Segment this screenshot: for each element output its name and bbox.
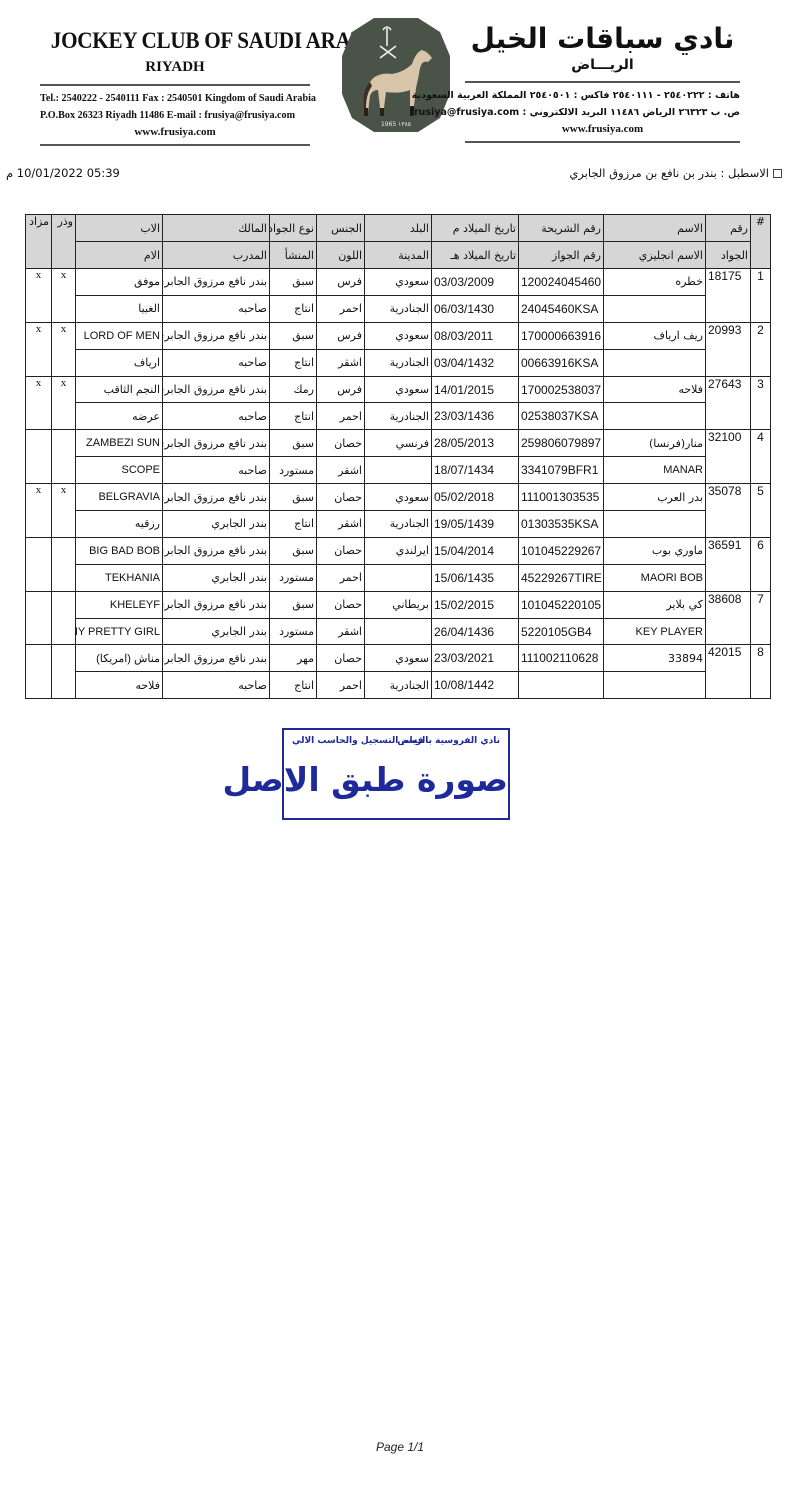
letterhead-english: JOCKEY CLUB OF SAUDI ARABIA RIYADH Tel.:… <box>40 28 310 146</box>
dam: MY PRETTY GIRL <box>76 618 163 645</box>
col-header-chip: رقم الشريحة <box>519 215 604 242</box>
col-header-country: البلد <box>365 215 432 242</box>
wathr-mark: x <box>52 269 76 323</box>
country: سعودي <box>365 376 432 403</box>
auction-mark: x <box>26 484 52 538</box>
horse-name-english <box>604 295 706 322</box>
auction-mark: x <box>26 322 52 376</box>
sire: BIG BAD BOB <box>76 537 163 564</box>
birth-date-gregorian: 15/02/2015 <box>432 591 519 618</box>
col-header-birth-gregorian: تاريخ الميلاد م <box>432 215 519 242</box>
birth-date-gregorian: 05/02/2018 <box>432 484 519 511</box>
wathr-mark <box>52 645 76 699</box>
owner: بندر نافع مرزوق الجابري <box>163 484 270 511</box>
sex: فرس <box>317 269 365 296</box>
col-header-auction: مزاد <box>26 215 52 269</box>
origin: انتاج <box>270 295 317 322</box>
horse-number: 18175 <box>706 269 751 323</box>
sire: BELGRAVIA <box>76 484 163 511</box>
chip-number: 111001303535 <box>519 484 604 511</box>
table-row-sub: 02538037KSA 23/03/1436 الجنادرية احمر ان… <box>26 403 771 430</box>
color: احمر <box>317 403 365 430</box>
city <box>365 564 432 591</box>
birth-date-hijri: 15/06/1435 <box>432 564 519 591</box>
country: ايرلندي <box>365 537 432 564</box>
horse-type: سبق <box>270 591 317 618</box>
passport-number <box>519 672 604 699</box>
chip-number: 170000663916 <box>519 322 604 349</box>
club-name-english: JOCKEY CLUB OF SAUDI ARABIA <box>51 28 299 54</box>
city-english: RIYADH <box>40 59 310 76</box>
horse-number: 35078 <box>706 484 751 538</box>
origin: انتاج <box>270 511 317 538</box>
country: سعودي <box>365 322 432 349</box>
sex: حصان <box>317 430 365 457</box>
trainer: بندر الجابري <box>163 618 270 645</box>
horse-type: مهر <box>270 645 317 672</box>
row-index: 2 <box>751 322 771 376</box>
birth-date-gregorian: 23/03/2021 <box>432 645 519 672</box>
chip-number: 259806079897 <box>519 430 604 457</box>
col-header-horse-no: رقم <box>706 215 751 242</box>
stamp-department: قسم التسجيل والحاسب الالي <box>292 736 424 746</box>
sex: حصان <box>317 484 365 511</box>
checkbox-icon <box>773 169 782 178</box>
birth-date-hijri: 03/04/1432 <box>432 349 519 376</box>
table-row-sub: 00663916KSA 03/04/1432 الجنادرية اشقر ان… <box>26 349 771 376</box>
horse-name: كي بلاير <box>604 591 706 618</box>
horse-number: 27643 <box>706 376 751 430</box>
wathr-mark <box>52 537 76 591</box>
country: فرنسي <box>365 430 432 457</box>
table-row: 1 18175 خطره 120024045460 03/03/2009 سعو… <box>26 269 771 296</box>
table-row: 2 20993 ريف ارياف 170000663916 08/03/201… <box>26 322 771 349</box>
col-header-num: # <box>751 215 771 269</box>
horse-name-english <box>604 349 706 376</box>
horse-number: 32100 <box>706 430 751 484</box>
birth-date-hijri: 06/03/1430 <box>432 295 519 322</box>
col-header-trainer: المدرب <box>163 242 270 269</box>
sex: حصان <box>317 591 365 618</box>
divider <box>40 144 310 146</box>
horse-name-english: MAORI BOB <box>604 564 706 591</box>
horse-name: بدر العرب <box>604 484 706 511</box>
color: اشقر <box>317 349 365 376</box>
col-header-horse-type: نوع الجواد <box>270 215 317 242</box>
horse-number: 20993 <box>706 322 751 376</box>
col-header-birth-hijri: تاريخ الميلاد هـ <box>432 242 519 269</box>
contact-line-2-english: P.O.Box 26323 Riyadh 11486 E-mail : frus… <box>40 107 288 124</box>
col-header-sire: الاب <box>76 215 163 242</box>
table-row-sub: MANAR 3341079BFR1 18/07/1434 اشقر مستورد… <box>26 457 771 484</box>
horse-name: ماوري بوب <box>604 537 706 564</box>
horse-type: سبق <box>270 537 317 564</box>
auction-mark: x <box>26 376 52 430</box>
col-header-wathr: وذر <box>52 215 76 269</box>
dam: فلاحه <box>76 672 163 699</box>
dam: الغبيا <box>76 295 163 322</box>
birth-date-hijri: 18/07/1434 <box>432 457 519 484</box>
passport-number: 5220105GB4 <box>519 618 604 645</box>
col-header-dam: الام <box>76 242 163 269</box>
owner: بندر نافع مرزوق الجابري <box>163 537 270 564</box>
col-header-horse-no-2: الجواد <box>706 242 751 269</box>
horse-type: سبق <box>270 430 317 457</box>
certified-copy-stamp: نادي الفروسية بالرياض قسم التسجيل والحاس… <box>282 728 510 820</box>
origin: مستورد <box>270 457 317 484</box>
chip-number: 111002110628 <box>519 645 604 672</box>
passport-number: 45229267TIRE <box>519 564 604 591</box>
horse-name-english: MANAR <box>604 457 706 484</box>
page-number: Page 1/1 <box>0 1440 800 1454</box>
origin: مستورد <box>270 618 317 645</box>
website-english: www.frusiya.com <box>40 124 310 140</box>
country: سعودي <box>365 269 432 296</box>
passport-number: 01303535KSA <box>519 511 604 538</box>
birth-date-gregorian: 14/01/2015 <box>432 376 519 403</box>
chip-number: 101045229267 <box>519 537 604 564</box>
col-header-color: اللون <box>317 242 365 269</box>
auction-mark: x <box>26 269 52 323</box>
stable-label: الاسطبل : بندر بن نافع بن مرزوق الجابري <box>569 166 782 180</box>
row-index: 8 <box>751 645 771 699</box>
row-index: 5 <box>751 484 771 538</box>
city: الجنادرية <box>365 349 432 376</box>
table-row: 8 42015 33894 111002110628 23/03/2021 سع… <box>26 645 771 672</box>
sire: LORD OF MEN <box>76 322 163 349</box>
origin: انتاج <box>270 403 317 430</box>
trainer: بندر الجابري <box>163 511 270 538</box>
horse-name: خطره <box>604 269 706 296</box>
horse-type: سبق <box>270 269 317 296</box>
horse-number: 42015 <box>706 645 751 699</box>
passport-number: 3341079BFR1 <box>519 457 604 484</box>
horse-type: سبق <box>270 322 317 349</box>
auction-mark <box>26 591 52 645</box>
birth-date-gregorian: 03/03/2009 <box>432 269 519 296</box>
header-row-1: # رقم الاسم رقم الشريحة تاريخ الميلاد م … <box>26 215 771 242</box>
divider <box>465 141 740 143</box>
passport-number: 24045460KSA <box>519 295 604 322</box>
birth-date-hijri: 23/03/1436 <box>432 403 519 430</box>
passport-number: 02538037KSA <box>519 403 604 430</box>
color: احمر <box>317 564 365 591</box>
city-arabic: الريـــاض <box>465 57 740 73</box>
chip-number: 120024045460 <box>519 269 604 296</box>
owner: بندر نافع مرزوق الجابري <box>163 269 270 296</box>
table-row: 4 32100 منار(فرنسا) 259806079897 28/05/2… <box>26 430 771 457</box>
chip-number: 170002538037 <box>519 376 604 403</box>
contact-line-1-arabic: هاتف : ٢٥٤٠٢٢٢ - ٢٥٤٠١١١ فاكس : ٢٥٤٠٥٠١ … <box>465 87 740 104</box>
col-header-name-en: الاسم انجليزي <box>604 242 706 269</box>
wathr-mark: x <box>52 484 76 538</box>
table-row-sub: KEY PLAYER 5220105GB4 26/04/1436 اشقر مس… <box>26 618 771 645</box>
wathr-mark <box>52 430 76 484</box>
owner: بندر نافع مرزوق الجابري <box>163 376 270 403</box>
horse-type: رمك <box>270 376 317 403</box>
city <box>365 618 432 645</box>
horse-name: منار(فرنسا) <box>604 430 706 457</box>
table-row: 7 38608 كي بلاير 101045220105 15/02/2015… <box>26 591 771 618</box>
website-arabic: www.frusiya.com <box>465 121 740 137</box>
stable-owner-text: الاسطبل : بندر بن نافع بن مرزوق الجابري <box>569 166 769 180</box>
color: اشقر <box>317 618 365 645</box>
horse-name: ريف ارياف <box>604 322 706 349</box>
horse-name-english <box>604 672 706 699</box>
table-row: 6 36591 ماوري بوب 101045229267 15/04/201… <box>26 537 771 564</box>
horse-number: 38608 <box>706 591 751 645</box>
contact-line-1-english: Tel.: 2540222 - 2540111 Fax : 2540501 Ki… <box>40 90 288 107</box>
trainer: بندر الجابري <box>163 564 270 591</box>
horse-name: 33894 <box>604 645 706 672</box>
sire: مناش (امريكا) <box>76 645 163 672</box>
table-row: 5 35078 بدر العرب 111001303535 05/02/201… <box>26 484 771 511</box>
row-index: 6 <box>751 537 771 591</box>
table-row-sub: MAORI BOB 45229267TIRE 15/06/1435 احمر م… <box>26 564 771 591</box>
city: الجنادرية <box>365 511 432 538</box>
col-header-city: المدينة <box>365 242 432 269</box>
horse-name-english <box>604 511 706 538</box>
owner: بندر نافع مرزوق الجابري <box>163 645 270 672</box>
sire: KHELEYF <box>76 591 163 618</box>
row-index: 7 <box>751 591 771 645</box>
trainer: صاحبه <box>163 403 270 430</box>
wathr-mark <box>52 591 76 645</box>
club-name-arabic: نادي سباقات الخيل <box>465 22 740 55</box>
color: اشقر <box>317 457 365 484</box>
birth-date-gregorian: 08/03/2011 <box>432 322 519 349</box>
horse-type: سبق <box>270 484 317 511</box>
country: بريطاني <box>365 591 432 618</box>
row-index: 4 <box>751 430 771 484</box>
origin: مستورد <box>270 564 317 591</box>
passport-number: 00663916KSA <box>519 349 604 376</box>
owner: بندر نافع مرزوق الجابري <box>163 591 270 618</box>
city: الجنادرية <box>365 672 432 699</box>
row-index: 3 <box>751 376 771 430</box>
report-datetime: 05:39 10/01/2022 م <box>6 166 120 180</box>
horse-name: فلاحه <box>604 376 706 403</box>
svg-text:1965 ١٣٨٥: 1965 ١٣٨٥ <box>381 121 411 128</box>
auction-mark <box>26 537 52 591</box>
table-row-sub: 01303535KSA 19/05/1439 الجنادرية اشقر ان… <box>26 511 771 538</box>
sire: النجم الثاقب <box>76 376 163 403</box>
stamp-main-text: صورة طبق الاصل <box>284 760 508 799</box>
country: سعودي <box>365 645 432 672</box>
divider <box>465 81 740 83</box>
birth-date-hijri: 10/08/1442 <box>432 672 519 699</box>
table-row-sub: 10/08/1442 الجنادرية احمر انتاج صاحبه فل… <box>26 672 771 699</box>
trainer: صاحبه <box>163 457 270 484</box>
dam: عرضه <box>76 403 163 430</box>
table-row: 3 27643 فلاحه 170002538037 14/01/2015 سع… <box>26 376 771 403</box>
sire: ZAMBEZI SUN <box>76 430 163 457</box>
col-header-sex: الجنس <box>317 215 365 242</box>
origin: انتاج <box>270 672 317 699</box>
dam: ارياف <box>76 349 163 376</box>
trainer: صاحبه <box>163 349 270 376</box>
owner: بندر نافع مرزوق الجابري <box>163 430 270 457</box>
birth-date-hijri: 26/04/1436 <box>432 618 519 645</box>
horses-table: # رقم الاسم رقم الشريحة تاريخ الميلاد م … <box>25 214 771 699</box>
horse-number: 36591 <box>706 537 751 591</box>
trainer: صاحبه <box>163 295 270 322</box>
birth-date-gregorian: 28/05/2013 <box>432 430 519 457</box>
letterhead: JOCKEY CLUB OF SAUDI ARABIA RIYADH Tel.:… <box>0 0 800 150</box>
contact-line-2-arabic: ص. ب ٢٦٣٢٣ الرياض ١١٤٨٦ البريد الالكترون… <box>465 104 740 121</box>
wathr-mark: x <box>52 376 76 430</box>
sire: موفق <box>76 269 163 296</box>
color: احمر <box>317 295 365 322</box>
city: الجنادرية <box>365 295 432 322</box>
owner: بندر نافع مرزوق الجابري <box>163 322 270 349</box>
header-row-2: الجواد الاسم انجليزي رقم الجواز تاريخ ال… <box>26 242 771 269</box>
chip-number: 101045220105 <box>519 591 604 618</box>
col-header-passport: رقم الجواز <box>519 242 604 269</box>
dam: رزقيه <box>76 511 163 538</box>
horse-name-english: KEY PLAYER <box>604 618 706 645</box>
dam: TEKHANIA <box>76 564 163 591</box>
origin: انتاج <box>270 349 317 376</box>
city: الجنادرية <box>365 403 432 430</box>
horse-name-english <box>604 403 706 430</box>
color: احمر <box>317 672 365 699</box>
sex: فرس <box>317 322 365 349</box>
trainer: صاحبه <box>163 672 270 699</box>
country: سعودي <box>365 484 432 511</box>
letterhead-arabic: نادي سباقات الخيل الريـــاض هاتف : ٢٥٤٠٢… <box>465 22 740 143</box>
report-meta: 05:39 10/01/2022 م الاسطبل : بندر بن ناف… <box>0 166 800 186</box>
city <box>365 457 432 484</box>
divider <box>40 84 310 86</box>
birth-date-hijri: 19/05/1439 <box>432 511 519 538</box>
sex: حصان <box>317 537 365 564</box>
dam: SCOPE <box>76 457 163 484</box>
wathr-mark: x <box>52 322 76 376</box>
row-index: 1 <box>751 269 771 323</box>
sex: فرس <box>317 376 365 403</box>
color: اشقر <box>317 511 365 538</box>
sex: حصان <box>317 645 365 672</box>
table-row-sub: 24045460KSA 06/03/1430 الجنادرية احمر ان… <box>26 295 771 322</box>
birth-date-gregorian: 15/04/2014 <box>432 537 519 564</box>
col-header-origin: المنشأ <box>270 242 317 269</box>
col-header-name: الاسم <box>604 215 706 242</box>
col-header-owner: المالك <box>163 215 270 242</box>
auction-mark <box>26 645 52 699</box>
auction-mark <box>26 430 52 484</box>
